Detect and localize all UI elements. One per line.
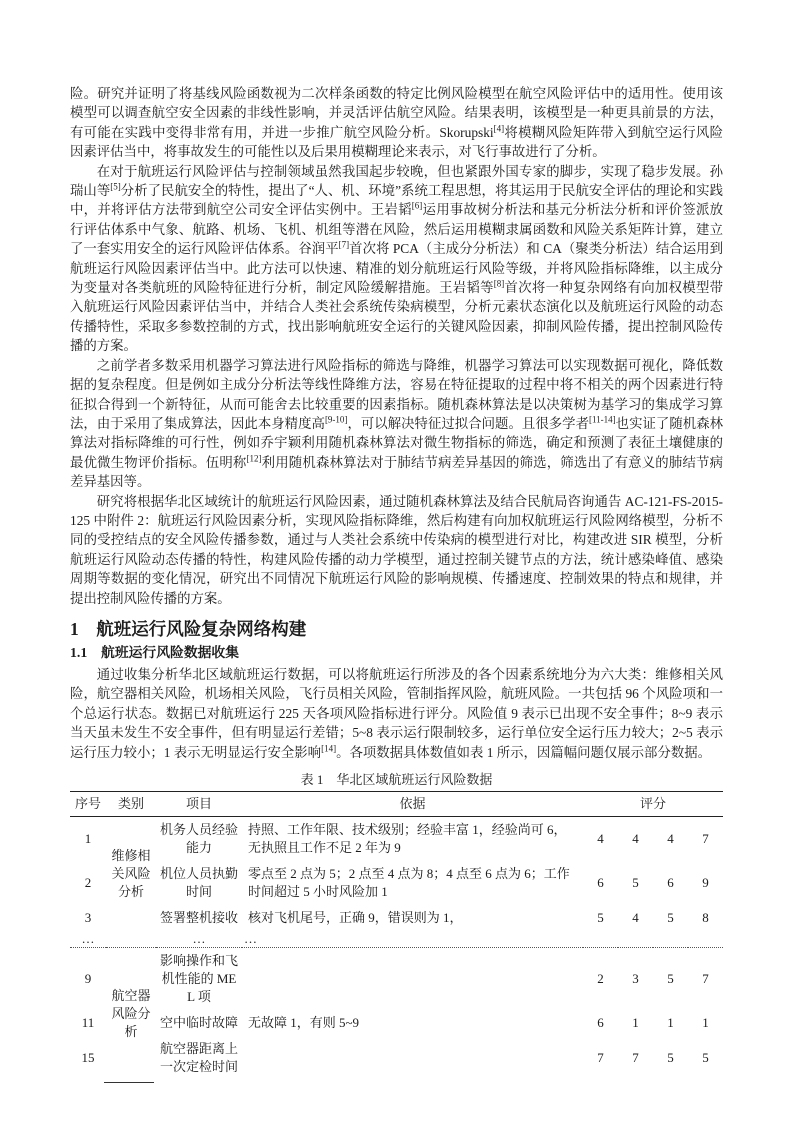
cell-no: 2 [70, 861, 106, 905]
cell-basis: … [242, 931, 583, 948]
cell-score: 5 [688, 1036, 723, 1080]
cell-score: 7 [688, 948, 723, 1011]
cell-score: 5 [618, 861, 653, 905]
paper-body: 险。研究并证明了将基线风险函数视为二次样条函数的特定比例风险模型在航空风险评估中… [70, 84, 723, 1083]
header-score: 评分 [583, 792, 723, 817]
cell-category: 维修相关风险分析 [106, 817, 156, 932]
cell-no: 9 [70, 948, 106, 1011]
cell-basis: 零点至 2 点为 5；2 点至 4 点为 8；4 点至 6 点为 6；工作时间超… [242, 861, 583, 905]
cell-score: 6 [583, 861, 618, 905]
cell-score: 6 [583, 1010, 618, 1036]
cell-score: 1 [688, 1010, 723, 1036]
cell-score: 5 [653, 1036, 688, 1080]
table-row: 3 签署整机接收 核对飞机尾号，正确 9，错误则为 1， 5 4 5 8 [70, 905, 723, 931]
table-row-ellipsis: … … … [70, 931, 723, 948]
cell-item: … [156, 931, 242, 948]
table-row: 2 机位人员执勤时间 零点至 2 点为 5；2 点至 4 点为 8；4 点至 6… [70, 861, 723, 905]
cell-score: 7 [688, 817, 723, 862]
cell-score: 7 [618, 1036, 653, 1080]
cell-no: … [70, 931, 106, 948]
cell-no: 11 [70, 1010, 106, 1036]
cell-score [583, 931, 618, 948]
cell-basis: 无故障 1，有则 5~9 [242, 1010, 583, 1036]
cell-score [688, 931, 723, 948]
cell-basis: 持照、工作年限、技术级别；经验丰富 1，经验尚可 6，无执照且工作不足 2 年为… [242, 817, 583, 862]
cell-item: 影响操作和飞机性能的 MEL 项 [156, 948, 242, 1011]
cell-score: 8 [688, 905, 723, 931]
table-row: 9 航空器风险分析 影响操作和飞机性能的 MEL 项 2 3 5 7 [70, 948, 723, 1011]
cell-basis [242, 1036, 583, 1080]
paragraph-4: 研究将根据华北区域统计的航班运行风险因素，通过随机森林算法及结合民航局咨询通告 … [70, 492, 723, 608]
cell-score: 1 [618, 1010, 653, 1036]
table-header-row: 序号 类别 项目 依据 评分 [70, 792, 723, 817]
cell-item: 空中临时故障 [156, 1010, 242, 1036]
cell-score: 5 [653, 948, 688, 1011]
cell-item: 签署整机接收 [156, 905, 242, 931]
cell-score [653, 931, 688, 948]
section-heading-1: 1 航班运行风险复杂网络构建 [70, 618, 723, 640]
header-category: 类别 [106, 792, 156, 817]
header-basis: 依据 [242, 792, 583, 817]
cell-score: 3 [618, 948, 653, 1011]
paper-page: 险。研究并证明了将基线风险函数视为二次样条函数的特定比例风险模型在航空风险评估中… [0, 0, 793, 1122]
cell-score: 5 [653, 905, 688, 931]
table-row: 11 空中临时故障 无故障 1，有则 5~9 6 1 1 1 [70, 1010, 723, 1036]
cell-score: 6 [653, 861, 688, 905]
table-title: 表 1 华北区域航班运行风险数据 [70, 771, 723, 789]
cell-score: 5 [583, 905, 618, 931]
cell-item: 航空器距离上一次定检时间 [156, 1036, 242, 1080]
cell-score: 4 [583, 817, 618, 862]
cell-no: 3 [70, 905, 106, 931]
cell-item: 机位人员执勤时间 [156, 861, 242, 905]
paragraph-3: 之前学者多数采用机器学习算法进行风险指标的筛选与降维，机器学习算法可以实现数据可… [70, 356, 723, 492]
header-no: 序号 [70, 792, 106, 817]
cell-no: 15 [70, 1036, 106, 1080]
cell-score: 9 [688, 861, 723, 905]
cell-item: 机务人员经验能力 [156, 817, 242, 862]
cell-score [618, 931, 653, 948]
paragraph-2: 在对于航班运行风险评估与控制领域虽然我国起步较晚，但也紧跟外国专家的脚步，实现了… [70, 162, 723, 356]
cell-category: 航空器风险分析 [106, 948, 156, 1081]
paragraph-5: 通过收集分析华北区域航班运行数据，可以将航班运行所涉及的各个因素系统地分为六大类… [70, 665, 723, 762]
cell-score: 4 [653, 817, 688, 862]
cell-score: 1 [653, 1010, 688, 1036]
cell-no: 1 [70, 817, 106, 862]
cell-score: 7 [583, 1036, 618, 1080]
section-heading-1-1: 1.1 航班运行风险数据收集 [70, 644, 723, 662]
risk-data-table: 序号 类别 项目 依据 评分 1 维修相关风险分析 机务人员经验能力 持照、工作… [70, 791, 723, 1080]
cell-basis: 核对飞机尾号，正确 9，错误则为 1， [242, 905, 583, 931]
cell-score: 4 [618, 817, 653, 862]
table-row: 1 维修相关风险分析 机务人员经验能力 持照、工作年限、技术级别；经验丰富 1，… [70, 817, 723, 862]
paragraph-1: 险。研究并证明了将基线风险函数视为二次样条函数的特定比例风险模型在航空风险评估中… [70, 84, 723, 162]
header-item: 项目 [156, 792, 242, 817]
cell-score: 4 [618, 905, 653, 931]
table-row: 15 航空器距离上一次定检时间 7 7 5 5 [70, 1036, 723, 1080]
cell-basis [242, 948, 583, 1011]
cell-category [106, 931, 156, 948]
table-continuation-rule [104, 1082, 154, 1083]
cell-score: 2 [583, 948, 618, 1011]
